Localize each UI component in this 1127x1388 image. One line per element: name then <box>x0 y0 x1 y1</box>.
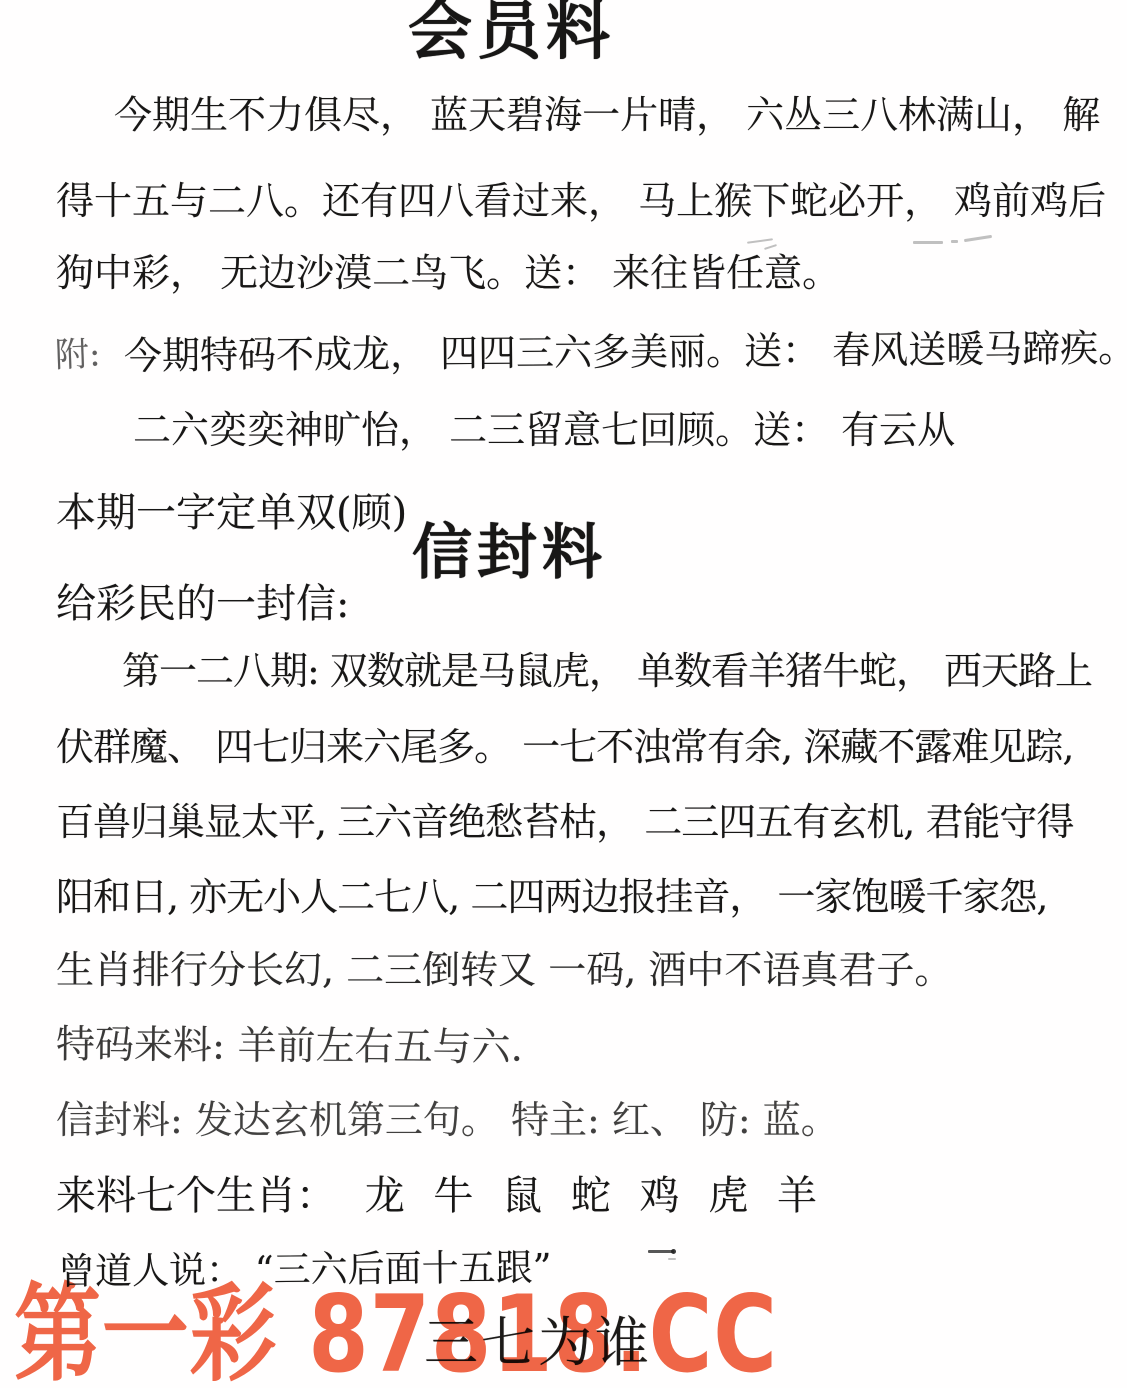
attach-prefix-faded: 附: <box>54 335 101 376</box>
scan-artifact-dot <box>671 1249 676 1254</box>
member-paragraph-line-2: 得十五与二八。还有四八看过来， 马上猴下蛇必开， 鸡前鸡后 <box>56 180 1106 224</box>
member-tip-line: 今期特码不成龙， 四四三六多美丽。送： 春风送暖马蹄疾。 <box>124 327 1127 379</box>
site-watermark: 第一彩 87818.CC <box>14 1279 778 1388</box>
letter-intro-line: 给彩民的一封信: <box>56 581 349 627</box>
envelope-tip-line: 信封料: 发达玄机第三句。 特主: 红、 防: 蓝。 <box>56 1099 839 1143</box>
scanned-document-page: 会员料 今期生不力俱尽， 蓝天碧海一片晴， 六丛三八林满山， 解 得十五与二八。… <box>0 0 1127 1388</box>
scan-artifact <box>747 238 773 244</box>
special-code-line: 特码来料: 羊前左右五与六. <box>56 1023 523 1071</box>
letter-line-4: 阳和日, 亦无小人二七八, 二四两边报挂音， 一家饱暖千家怨, <box>56 876 1047 920</box>
letter-line-1: 第一二八期: 双数就是马鼠虎， 单数看羊猪牛蛇， 西天路上 <box>122 650 1092 694</box>
scan-artifact <box>913 241 943 244</box>
hidden-handwriting: 三七为谁 <box>424 1300 652 1377</box>
letter-line-5: 生肖排行分长幻, 二三倒转又 一码, 酒中不语真君子。 <box>56 949 952 993</box>
member-paragraph-line-1: 今期生不力俱尽， 蓝天碧海一片晴， 六丛三八林满山， 解 <box>114 94 1100 138</box>
scan-artifact <box>951 240 958 243</box>
letter-line-2: 伏群魔、 四七归来六尾多。 一七不浊常有余, 深藏不露难见踪, <box>56 726 1073 770</box>
member-paragraph-line-3: 狗中彩， 无边沙漠二鸟飞。送： 来往皆任意。 <box>56 252 840 296</box>
member-verse-line: 二六奕奕神旷怡， 二三留意七回顾。送： 有云从 <box>133 409 955 453</box>
letter-line-3: 百兽归巢显太平, 三六音绝愁苔枯， 二三四五有玄机, 君能守得 <box>56 801 1073 845</box>
scan-artifact <box>668 1258 676 1260</box>
section-title-member-material: 会员料 <box>408 0 615 65</box>
scan-artifact <box>964 235 992 242</box>
section-title-envelope-material: 信封料 <box>412 522 607 585</box>
zodiac-list-line: 来料七个生肖： 龙 牛 鼠 蛇 鸡 虎 羊 <box>56 1173 817 1219</box>
single-double-line: 本期一字定单双(顾) <box>56 490 407 536</box>
scan-artifact <box>764 244 777 250</box>
